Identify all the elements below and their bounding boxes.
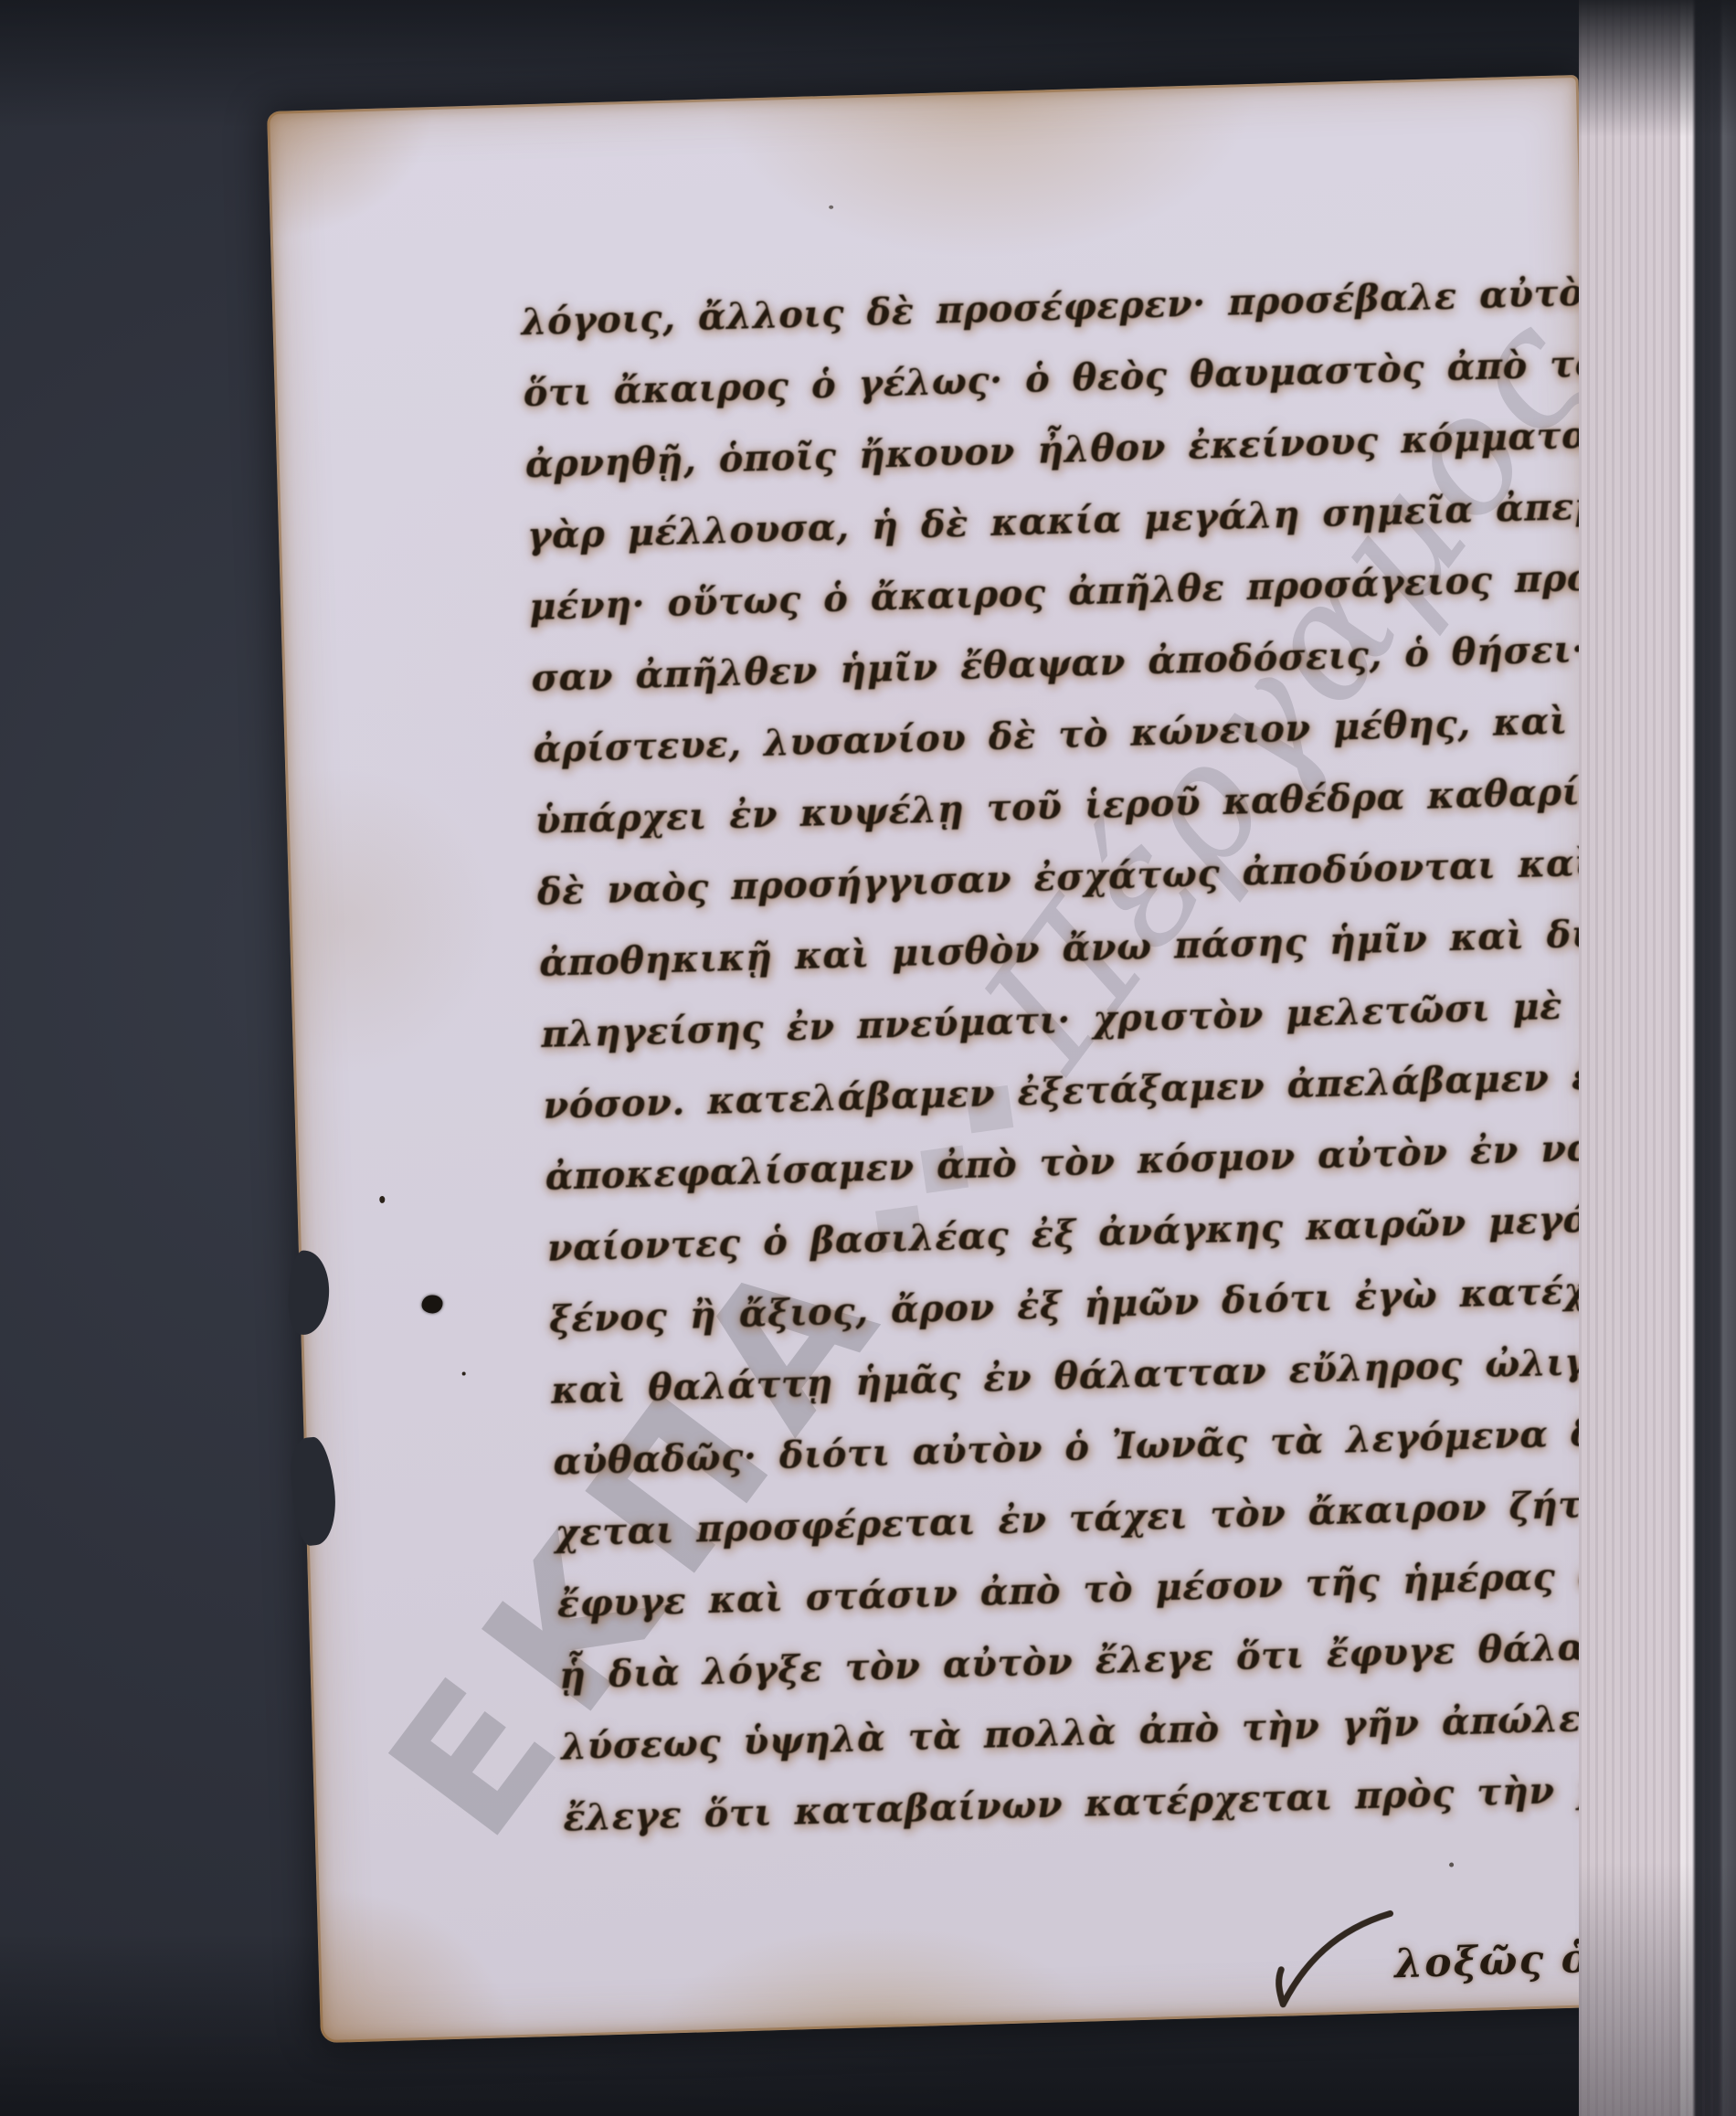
ink-speck xyxy=(379,1196,385,1203)
catchword-flourish xyxy=(1266,1908,1397,2012)
handwriting-block: λόγοις, ἄλλοις δὲ προσέφερεν· προσέβαλε … xyxy=(520,258,1632,1855)
manuscript-leaf: ΕΚΠΑ ◆◆◆ Πέργαμος λόγοις, ἄλλοις δὲ προσ… xyxy=(267,75,1632,2043)
manuscript-photo: ΕΚΠΑ ◆◆◆ Πέργαμος λόγοις, ἄλλοις δὲ προσ… xyxy=(0,0,1736,2116)
catchword-row: λοξῶς ὁλ: xyxy=(566,1900,1662,2031)
ink-blot xyxy=(421,1295,443,1314)
edge-tear-upper xyxy=(286,1250,333,1337)
edge-tear-lower xyxy=(288,1435,340,1547)
ink-speck xyxy=(829,206,833,209)
ink-speck xyxy=(462,1371,466,1375)
ink-speck xyxy=(1449,1862,1454,1867)
book-fore-edge xyxy=(1579,0,1736,2116)
